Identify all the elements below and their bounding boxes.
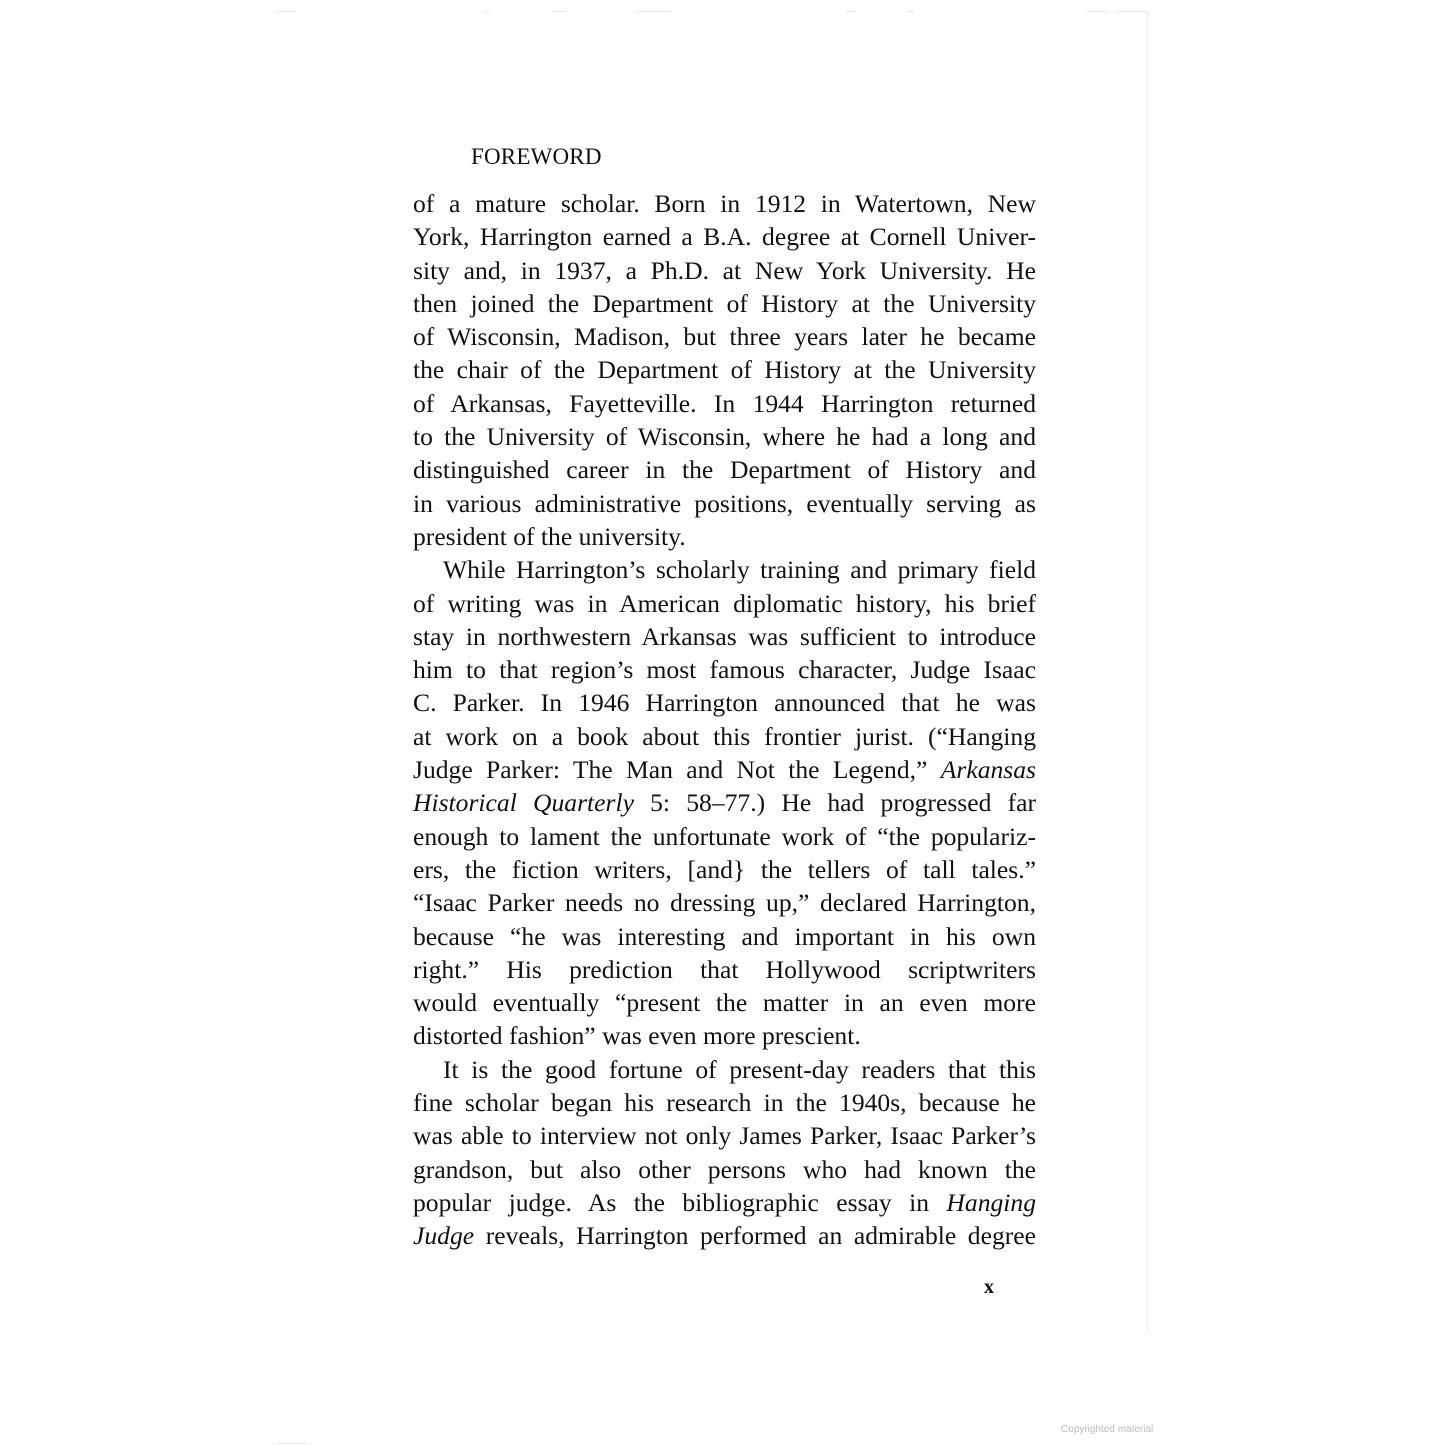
text-line: would eventually “present the matter in …: [413, 986, 1036, 1019]
text-line: “Isaac Parker needs no dressing up,” dec…: [413, 886, 1036, 919]
italic-title: Arkansas: [941, 755, 1036, 784]
body-text: of a mature scholar. Born in 1912 in Wat…: [413, 187, 1036, 1253]
page-number: x: [984, 1276, 994, 1299]
text-line: grandson, but also other persons who had…: [413, 1153, 1036, 1186]
text-line: the chair of the Department of History a…: [413, 353, 1036, 386]
text-line: in various administrative positions, eve…: [413, 487, 1036, 520]
text-line: of writing was in American diplomatic hi…: [413, 587, 1036, 620]
scan-artifact-top: [1087, 11, 1107, 12]
scan-artifact-top: [485, 11, 489, 12]
text-line: distinguished career in the Department o…: [413, 453, 1036, 486]
text-line: C. Parker. In 1946 Harrington announced …: [413, 686, 1036, 719]
text-line: because “he was interesting and importan…: [413, 920, 1036, 953]
text-line: While Harrington’s scholarly training an…: [413, 553, 1036, 586]
scan-artifact-top: [907, 11, 914, 12]
text-line: of a mature scholar. Born in 1912 in Wat…: [413, 187, 1036, 220]
text-line: to the University of Wisconsin, where he…: [413, 420, 1036, 453]
paragraph: It is the good fortune of present-day re…: [413, 1053, 1036, 1253]
italic-title: Judge: [413, 1221, 474, 1250]
text-line: at work on a book about this frontier ju…: [413, 720, 1036, 753]
text-line: president of the university.: [413, 520, 1036, 553]
paragraph: of a mature scholar. Born in 1912 in Wat…: [413, 187, 1036, 553]
text-line: stay in northwestern Arkansas was suffic…: [413, 620, 1036, 653]
text-line: Judge Parker: The Man and Not the Legend…: [413, 753, 1036, 786]
text-line: was able to interview not only James Par…: [413, 1119, 1036, 1152]
text-line: York, Harrington earned a B.A. degree at…: [413, 220, 1036, 253]
text-line: distorted fashion” was even more prescie…: [413, 1019, 1036, 1052]
copyright-watermark: Copyrighted material: [1061, 1424, 1153, 1435]
text-line: him to that region’s most famous charact…: [413, 653, 1036, 686]
page-edge-line: [1147, 11, 1148, 1331]
text-line: of Arkansas, Fayetteville. In 1944 Harri…: [413, 387, 1036, 420]
text-line: right.” His prediction that Hollywood sc…: [413, 953, 1036, 986]
text-line: popular judge. As the bibliographic essa…: [413, 1186, 1036, 1219]
text-line: then joined the Department of History at…: [413, 287, 1036, 320]
text-line: of Wisconsin, Madison, but three years l…: [413, 320, 1036, 353]
text-line: enough to lament the unfortunate work of…: [413, 820, 1036, 853]
text-line: Judge reveals, Harrington performed an a…: [413, 1219, 1036, 1252]
scan-artifact-top: [1117, 11, 1148, 12]
scan-artifact-top: [637, 11, 671, 12]
scan-artifact-bottom: [277, 1443, 307, 1444]
paragraph: While Harrington’s scholarly training an…: [413, 553, 1036, 1052]
text-line: Historical Quarterly 5: 58–77.) He had p…: [413, 786, 1036, 819]
text-line: ers, the fiction writers, [and} the tell…: [413, 853, 1036, 886]
italic-title: Hanging: [946, 1188, 1036, 1217]
scan-artifact-top: [277, 11, 296, 12]
italic-title: Historical Quarterly: [413, 788, 634, 817]
running-head: FOREWORD: [471, 143, 602, 171]
scan-artifact-top: [553, 11, 566, 12]
scan-artifact-top: [846, 11, 856, 12]
text-line: fine scholar began his research in the 1…: [413, 1086, 1036, 1119]
text-line: It is the good fortune of present-day re…: [413, 1053, 1036, 1086]
text-line: sity and, in 1937, a Ph.D. at New York U…: [413, 254, 1036, 287]
